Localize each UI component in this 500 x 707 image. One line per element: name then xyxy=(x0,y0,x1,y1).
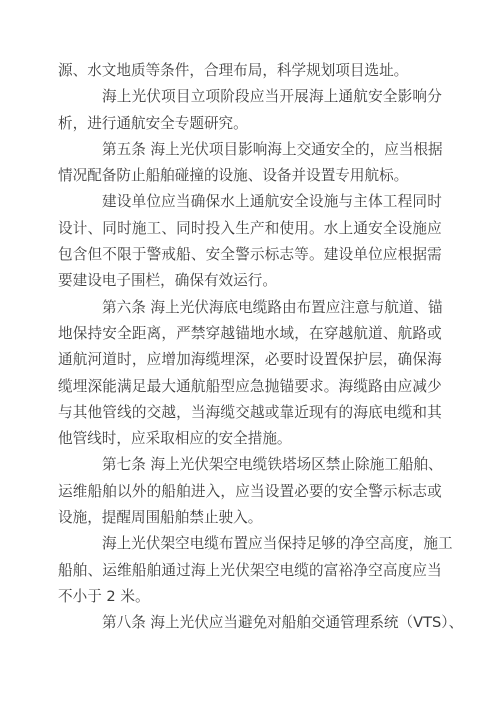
glyph: 示 xyxy=(383,479,398,505)
glyph: 最 xyxy=(147,374,162,400)
glyph: 示 xyxy=(250,242,265,268)
glyph: 缆 xyxy=(353,374,368,400)
glyph: 、 xyxy=(428,452,443,478)
glyph: 警 xyxy=(147,242,162,268)
glyph: 维 xyxy=(73,479,88,505)
glyph: 缆 xyxy=(220,400,235,426)
glyph: 场 xyxy=(297,452,312,478)
text-line: 设施，提醒周围船舶禁止驶入。 xyxy=(58,505,442,531)
glyph: 伏 xyxy=(235,558,250,584)
text-line: 源、水文地质等条件，合理布局，科学规划项目选址。 xyxy=(58,58,442,84)
glyph: 船 xyxy=(132,558,147,584)
glyph: 响 xyxy=(412,84,427,110)
glyph: 海 xyxy=(150,137,165,163)
glyph: 上 xyxy=(282,137,297,163)
glyph: 海 xyxy=(150,295,165,321)
glyph: 同 xyxy=(412,189,427,215)
glyph: 应 xyxy=(398,374,413,400)
glyph: 限 xyxy=(117,242,132,268)
glyph: 通 xyxy=(250,189,265,215)
glyph: 第 xyxy=(102,137,117,163)
glyph: 确 xyxy=(398,347,413,373)
glyph: 海 xyxy=(206,400,221,426)
glyph: 上 xyxy=(117,84,132,110)
glyph: 空 xyxy=(365,531,380,557)
document-body: 源、水文地质等条件，合理布局，科学规划项目选址。海上光伏项目立项阶段应当开展海上… xyxy=(58,58,442,637)
glyph: 船 xyxy=(161,479,176,505)
glyph: 越 xyxy=(339,321,354,347)
glyph: 使 xyxy=(279,216,294,242)
glyph: 当 xyxy=(176,189,191,215)
text-line: 地保持安全距离，严禁穿越锚地水域，在穿越航道、航路或 xyxy=(58,321,442,347)
glyph: 水 xyxy=(265,321,280,347)
glyph: 或 xyxy=(265,400,280,426)
glyph: 开 xyxy=(279,84,294,110)
glyph: 区 xyxy=(311,452,326,478)
glyph: 工 xyxy=(147,216,162,242)
glyph: 型 xyxy=(220,374,235,400)
glyph: 在 xyxy=(309,321,324,347)
glyph: 进 xyxy=(191,479,206,505)
glyph: 埋 xyxy=(220,347,235,373)
glyph: 全 xyxy=(383,84,398,110)
glyph: 投 xyxy=(206,216,221,242)
glyph: ， xyxy=(220,479,235,505)
glyph: 、 xyxy=(88,216,103,242)
glyph: 船 xyxy=(176,242,191,268)
glyph: 标 xyxy=(398,479,413,505)
glyph: 船 xyxy=(88,479,103,505)
glyph: 和 xyxy=(265,216,280,242)
glyph: 安 xyxy=(368,216,383,242)
glyph: 通 xyxy=(58,347,73,373)
glyph: 目 xyxy=(176,84,191,110)
glyph: 要 xyxy=(294,374,309,400)
glyph: 伏 xyxy=(194,452,209,478)
glyph: 应 xyxy=(383,242,398,268)
glyph: 少 xyxy=(427,374,442,400)
text-line: 与其他管线的交越，当海缆交越或靠近现有的海底电缆和其 xyxy=(58,400,442,426)
glyph: ， xyxy=(294,321,309,347)
glyph: 单 xyxy=(132,189,147,215)
glyph: 光 xyxy=(131,531,146,557)
glyph: 根 xyxy=(398,242,413,268)
glyph: 全 xyxy=(353,479,368,505)
glyph: 、 xyxy=(161,216,176,242)
glyph: 交 xyxy=(297,137,312,163)
glyph: 设 xyxy=(398,216,413,242)
glyph: 其 xyxy=(427,400,442,426)
glyph: 维 xyxy=(117,558,132,584)
glyph: 海 xyxy=(209,295,224,321)
glyph: 安 xyxy=(339,479,354,505)
glyph: 安 xyxy=(326,137,341,163)
glyph: 度 xyxy=(394,531,409,557)
glyph: 上 xyxy=(206,558,221,584)
glyph: 海 xyxy=(353,400,368,426)
glyph: 时 xyxy=(117,216,132,242)
glyph: 上 xyxy=(165,137,180,163)
glyph: 安 xyxy=(279,189,294,215)
text-line: 他管线时，应采取相应的安全措施。 xyxy=(58,426,442,452)
glyph: 航 xyxy=(353,84,368,110)
glyph: 通 xyxy=(339,84,354,110)
glyph: 锚 xyxy=(428,295,443,321)
glyph: 保 xyxy=(412,347,427,373)
glyph: 工 xyxy=(438,531,453,557)
glyph: 意 xyxy=(355,295,370,321)
glyph: 。 xyxy=(324,374,339,400)
glyph: 于 xyxy=(132,242,147,268)
glyph: 海 xyxy=(267,137,282,163)
glyph: 体 xyxy=(368,189,383,215)
glyph: 通 xyxy=(161,558,176,584)
glyph: ， xyxy=(132,347,147,373)
text-line: 不小于 2 米。 xyxy=(58,584,442,610)
glyph: 禁 xyxy=(191,321,206,347)
text-line: 海上光伏架空电缆布置应当保持足够的净空高度，施工 xyxy=(58,531,442,557)
glyph: 位 xyxy=(368,242,383,268)
glyph: 空 xyxy=(175,531,190,557)
glyph: 安 xyxy=(102,321,117,347)
glyph: 架 xyxy=(209,452,224,478)
glyph: 、 xyxy=(191,242,206,268)
glyph: 应 xyxy=(161,189,176,215)
glyph: 距 xyxy=(132,321,147,347)
glyph: 警 xyxy=(235,242,250,268)
glyph: 保 xyxy=(205,189,220,215)
glyph: 由 xyxy=(383,374,398,400)
glyph: 立 xyxy=(191,84,206,110)
glyph: 据 xyxy=(428,137,443,163)
glyph: 。 xyxy=(309,242,324,268)
glyph: 航 xyxy=(265,189,280,215)
glyph: 净 xyxy=(353,558,368,584)
glyph: 不 xyxy=(102,242,117,268)
glyph: 富 xyxy=(324,558,339,584)
glyph: 缆 xyxy=(58,374,73,400)
glyph: 由 xyxy=(282,295,297,321)
glyph: 七 xyxy=(117,452,132,478)
text-line: 建设单位应当确保水上通航安全设施与主体工程同时 xyxy=(58,189,442,215)
glyph: 以 xyxy=(117,479,132,505)
glyph: 影 xyxy=(398,84,413,110)
glyph: 程 xyxy=(398,189,413,215)
glyph: 安 xyxy=(368,84,383,110)
glyph: 加 xyxy=(176,347,191,373)
glyph: 根 xyxy=(413,137,428,163)
glyph: 持 xyxy=(292,531,307,557)
glyph: 建 xyxy=(102,189,117,215)
glyph: 项 xyxy=(209,137,224,163)
glyph: 据 xyxy=(412,242,427,268)
glyph: 路 xyxy=(267,295,282,321)
glyph: 时 xyxy=(427,189,442,215)
glyph: 深 xyxy=(235,347,250,373)
glyph: ， xyxy=(161,321,176,347)
glyph: 或 xyxy=(427,321,442,347)
glyph: 、 xyxy=(88,558,103,584)
glyph: 运 xyxy=(102,558,117,584)
glyph: 锚 xyxy=(279,374,294,400)
glyph: 舶 xyxy=(147,558,162,584)
glyph: 上 xyxy=(324,84,339,110)
glyph: 包 xyxy=(58,242,73,268)
glyph: 当 xyxy=(263,531,278,557)
glyph: 与 xyxy=(339,189,354,215)
text-line: 第六条 海上光伏海底电缆路由布置应注意与航道、锚 xyxy=(58,295,442,321)
glyph: 同 xyxy=(176,216,191,242)
glyph: 抛 xyxy=(265,374,280,400)
glyph: 计 xyxy=(73,216,88,242)
glyph: 警 xyxy=(368,479,383,505)
glyph: 和 xyxy=(412,400,427,426)
glyph: 路 xyxy=(412,321,427,347)
glyph: 度 xyxy=(398,558,413,584)
glyph: 应 xyxy=(427,216,442,242)
glyph: 埋 xyxy=(73,374,88,400)
glyph: 全 xyxy=(220,242,235,268)
glyph: 上 xyxy=(165,295,180,321)
glyph: 建 xyxy=(324,242,339,268)
glyph: 光 xyxy=(132,84,147,110)
glyph: 舶 xyxy=(176,479,191,505)
glyph: 单 xyxy=(353,242,368,268)
glyph: 同 xyxy=(102,216,117,242)
text-line: 第七条 海上光伏架空电缆铁塔场区禁止除施工船舶、 xyxy=(58,452,442,478)
glyph: 海 xyxy=(191,347,206,373)
glyph: 航 xyxy=(353,321,368,347)
glyph: 当 xyxy=(265,84,280,110)
glyph: 航 xyxy=(73,347,88,373)
glyph: 用 xyxy=(294,216,309,242)
glyph: 舶 xyxy=(102,479,117,505)
glyph: 深 xyxy=(88,374,103,400)
glyph: 光 xyxy=(180,295,195,321)
glyph: 层 xyxy=(368,347,383,373)
glyph: ， xyxy=(250,347,265,373)
glyph: 必 xyxy=(265,347,280,373)
text-line: 情况配备防止船舶碰撞的设施、设备并设置专用航标。 xyxy=(58,163,442,189)
glyph: 保 xyxy=(339,347,354,373)
glyph: 河 xyxy=(88,347,103,373)
glyph: 持 xyxy=(88,321,103,347)
glyph: 与 xyxy=(58,400,73,426)
glyph: 必 xyxy=(294,479,309,505)
glyph: 海 xyxy=(309,84,324,110)
glyph: 确 xyxy=(191,189,206,215)
glyph: 。 xyxy=(309,216,324,242)
glyph: 志 xyxy=(279,242,294,268)
glyph: 电 xyxy=(238,295,253,321)
glyph: 护 xyxy=(353,347,368,373)
glyph: 缆 xyxy=(204,531,219,557)
glyph: 电 xyxy=(279,558,294,584)
glyph: 全 xyxy=(117,321,132,347)
glyph: 穿 xyxy=(206,321,221,347)
glyph: 地 xyxy=(58,321,73,347)
glyph: 交 xyxy=(147,400,162,426)
glyph: 航 xyxy=(191,374,206,400)
glyph: 置 xyxy=(324,347,339,373)
glyph: 项 xyxy=(161,84,176,110)
glyph: 过 xyxy=(176,558,191,584)
glyph: 布 xyxy=(297,295,312,321)
glyph: 减 xyxy=(412,374,427,400)
text-line: 第五条 海上光伏项目影响海上交通安全的，应当根据 xyxy=(58,137,442,163)
glyph: 电 xyxy=(190,531,205,557)
glyph: 光 xyxy=(180,137,195,163)
glyph: 止 xyxy=(340,452,355,478)
glyph: 锚 xyxy=(235,321,250,347)
glyph: 设 xyxy=(265,479,280,505)
glyph: 的 xyxy=(132,400,147,426)
glyph: 施 xyxy=(423,531,438,557)
glyph: 、 xyxy=(413,295,428,321)
glyph: 生 xyxy=(235,216,250,242)
glyph: 船 xyxy=(399,452,414,478)
glyph: 海 xyxy=(102,84,117,110)
glyph: 管 xyxy=(102,400,117,426)
glyph: 海 xyxy=(339,374,354,400)
glyph: 足 xyxy=(132,374,147,400)
glyph: 伏 xyxy=(194,295,209,321)
glyph: 响 xyxy=(253,137,268,163)
glyph: 时 xyxy=(117,347,132,373)
glyph: 应 xyxy=(412,558,427,584)
glyph: 时 xyxy=(294,347,309,373)
glyph: 电 xyxy=(383,400,398,426)
glyph: 通 xyxy=(353,216,368,242)
glyph: 要 xyxy=(309,479,324,505)
glyph: 架 xyxy=(250,558,265,584)
glyph: 全 xyxy=(294,189,309,215)
glyph: 的 xyxy=(336,531,351,557)
glyph: 设 xyxy=(309,189,324,215)
glyph: 的 xyxy=(339,400,354,426)
glyph: 应 xyxy=(326,295,341,321)
glyph: 道 xyxy=(102,347,117,373)
glyph: 光 xyxy=(180,452,195,478)
glyph: 、 xyxy=(383,321,398,347)
glyph: 缆 xyxy=(294,558,309,584)
glyph: 设 xyxy=(339,242,354,268)
glyph: 底 xyxy=(368,400,383,426)
glyph: 展 xyxy=(294,84,309,110)
text-line: 设计、同时施工、同时投入生产和使用。水上通安全设施应 xyxy=(58,216,442,242)
glyph: 但 xyxy=(88,242,103,268)
document-page: 源、水文地质等条件，合理布局，科学规划项目选址。海上光伏项目立项阶段应当开展海上… xyxy=(58,58,442,637)
glyph: 高 xyxy=(383,558,398,584)
glyph: 空 xyxy=(368,558,383,584)
glyph: 底 xyxy=(224,295,239,321)
glyph: 够 xyxy=(321,531,336,557)
glyph: 当 xyxy=(250,479,265,505)
glyph: 增 xyxy=(161,347,176,373)
glyph: ， xyxy=(409,531,424,557)
glyph: 六 xyxy=(117,295,132,321)
glyph: 施 xyxy=(412,216,427,242)
glyph: 塔 xyxy=(282,452,297,478)
glyph: 施 xyxy=(370,452,385,478)
glyph: 运 xyxy=(58,479,73,505)
text-line: 包含但不限于警戒船、安全警示标志等。建设单位应根据需 xyxy=(58,242,442,268)
glyph: 含 xyxy=(73,242,88,268)
glyph: 目 xyxy=(224,137,239,163)
glyph: 海 xyxy=(427,347,442,373)
glyph: 全 xyxy=(383,216,398,242)
text-line: 海上光伏项目立项阶段应当开展海上通航安全影响分 xyxy=(58,84,442,110)
glyph: 的 xyxy=(147,479,162,505)
glyph: 严 xyxy=(176,321,191,347)
glyph: 戒 xyxy=(161,242,176,268)
glyph: 靠 xyxy=(279,400,294,426)
glyph: 当 xyxy=(191,400,206,426)
glyph: 净 xyxy=(350,531,365,557)
glyph: 的 xyxy=(355,137,370,163)
glyph: 第 xyxy=(102,295,117,321)
glyph: 越 xyxy=(250,400,265,426)
glyph: 海 xyxy=(191,558,206,584)
glyph: 高 xyxy=(380,531,395,557)
glyph: 线 xyxy=(117,400,132,426)
glyph: 交 xyxy=(235,400,250,426)
glyph: 电 xyxy=(238,452,253,478)
text-line: 船舶、运维船舶通过海上光伏架空电缆的富裕净空高度应当 xyxy=(58,558,442,584)
glyph: 应 xyxy=(235,479,250,505)
glyph: 位 xyxy=(146,189,161,215)
glyph: 入 xyxy=(206,479,221,505)
text-line: 通航河道时，应增加海缆埋深，必要时设置保护层，确保海 xyxy=(58,347,442,373)
glyph: 水 xyxy=(324,216,339,242)
glyph: 离 xyxy=(147,321,162,347)
glyph: 段 xyxy=(235,84,250,110)
glyph: 置 xyxy=(311,295,326,321)
glyph: 越 xyxy=(161,400,176,426)
text-line: 析，进行通航安全专题研究。 xyxy=(58,111,442,137)
glyph: 通 xyxy=(176,374,191,400)
glyph: 产 xyxy=(250,216,265,242)
glyph: 越 xyxy=(220,321,235,347)
glyph: 应 xyxy=(147,347,162,373)
glyph: 应 xyxy=(384,137,399,163)
glyph: 当 xyxy=(427,558,442,584)
glyph: 缆 xyxy=(253,295,268,321)
glyph: 安 xyxy=(206,242,221,268)
glyph: 道 xyxy=(399,295,414,321)
glyph: 足 xyxy=(307,531,322,557)
glyph: 舶 xyxy=(73,558,88,584)
glyph: 伏 xyxy=(194,137,209,163)
glyph: 设 xyxy=(309,347,324,373)
text-line: 缆埋深能满足最大通航船型应急抛锚要求。海缆路由应减少 xyxy=(58,374,442,400)
glyph: 的 xyxy=(309,558,324,584)
glyph: 域 xyxy=(279,321,294,347)
glyph: 路 xyxy=(368,374,383,400)
glyph: 上 xyxy=(117,531,132,557)
glyph: 水 xyxy=(220,189,235,215)
glyph: 与 xyxy=(370,295,385,321)
glyph: 条 xyxy=(131,137,146,163)
glyph: 工 xyxy=(383,189,398,215)
text-line: 第八条 海上光伏应当避免对船舶交通管理系统（VTS）、 xyxy=(58,610,442,636)
glyph: 上 xyxy=(165,452,180,478)
glyph: 保 xyxy=(277,531,292,557)
glyph: 裕 xyxy=(339,558,354,584)
glyph: 入 xyxy=(220,216,235,242)
glyph: 大 xyxy=(161,374,176,400)
glyph: 上 xyxy=(235,189,250,215)
